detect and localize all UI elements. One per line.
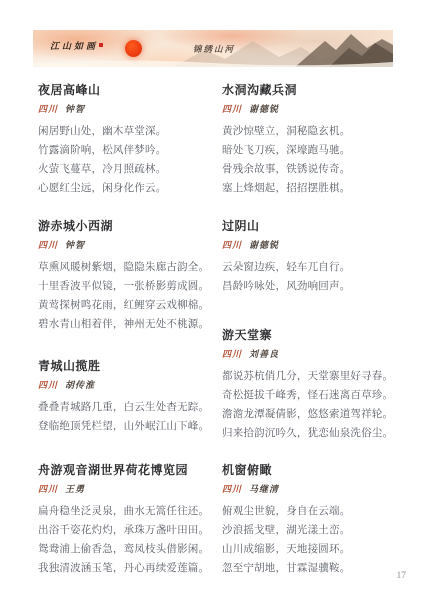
poem-line: 叠叠青城路几重，白云生处杳无踪。 [38, 398, 216, 417]
poem-region: 四川 [222, 484, 242, 494]
poem-author: 刘善良 [249, 349, 279, 359]
poem-author-line: 四川王勇 [38, 482, 216, 496]
red-seal-icon [99, 43, 103, 47]
poem: 游赤城小西湖 四川钟智 草熏风暖树紫烟，隐隐朱廊古韵全。 十里香波平似镜，一张桥… [38, 218, 216, 334]
poem-line: 昌龄吟咏处，风劲响回声。 [222, 277, 406, 296]
page: 江山如画 锦绣山河 夜居高峰山 四川钟智 闲居野山处，幽木草堂深。 竹露滴阶响，… [0, 0, 426, 600]
poem-author-line: 四川谢德锐 [222, 102, 406, 116]
poem-author: 钟智 [65, 240, 85, 250]
poem-region: 四川 [38, 484, 58, 494]
poem-author: 钟智 [65, 104, 85, 114]
poem-region: 四川 [38, 104, 58, 114]
poem-title: 夜居高峰山 [38, 82, 216, 98]
poem: 夜居高峰山 四川钟智 闲居野山处，幽木草堂深。 竹露滴阶响，松风伴梦吟。 火萤飞… [38, 82, 216, 198]
poem-title: 过阴山 [222, 218, 406, 234]
poem-line: 骨残余故事，铁锈说传奇。 [222, 160, 406, 179]
red-sun-icon [125, 40, 142, 57]
poem-title: 水洞沟藏兵洞 [222, 82, 406, 98]
poem-line: 心愿红尘远，闲身化作云。 [38, 179, 216, 198]
poem-line: 塞上烽烟起，招招摆胜棋。 [222, 179, 406, 198]
poem-line: 都说苏杭俏几分，天堂寨里好寻春。 [222, 367, 406, 386]
poem: 青城山揽胜 四川胡传淮 叠叠青城路几重，白云生处杳无踪。 登临绝顶凭栏望，山外岷… [38, 358, 216, 436]
poem-line: 登临绝顶凭栏望，山外岷江山下峰。 [38, 417, 216, 436]
poem-line: 黄莺探树鸣花雨，红鲤穿云戏柳棉。 [38, 296, 216, 315]
poem-author: 谢德锐 [249, 104, 279, 114]
poem-line: 黄沙惊壁立，洞秘隐玄机。 [222, 122, 406, 141]
poem: 机窗俯瞰 四川马继清 俯观尘世貌，身自在云端。 沙浪摇戈壁，湖光漾土峦。 山川成… [222, 462, 406, 578]
poem-author: 马继清 [249, 484, 279, 494]
poem-line: 火萤飞蔓草，冷月照疏林。 [38, 160, 216, 179]
poem-column-left: 夜居高峰山 四川钟智 闲居野山处，幽木草堂深。 竹露滴阶响，松风伴梦吟。 火萤飞… [38, 82, 216, 578]
poem-title: 机窗俯瞰 [222, 462, 406, 478]
poem: 水洞沟藏兵洞 四川谢德锐 黄沙惊壁立，洞秘隐玄机。 暗处飞刀疾，深壕跑马驰。 骨… [222, 82, 406, 198]
poem-line: 山川成缩影，天地接圆环。 [222, 540, 406, 559]
poem-line: 俯观尘世貌，身自在云端。 [222, 502, 406, 521]
page-number: 17 [397, 571, 407, 581]
poem-line: 出浴千姿花灼灼，承珠万盏叶田田。 [38, 521, 216, 540]
poem: 过阴山 四川谢德锐 云朵窗边疾，轻车兀自行。 昌龄吟咏处，风劲响回声。 [222, 218, 406, 296]
poem-line: 碧水青山相着伴，神州无处不桃源。 [38, 315, 216, 334]
poem-title: 青城山揽胜 [38, 358, 216, 374]
poem-author-line: 四川胡传淮 [38, 378, 216, 392]
poem-line: 鸳鸯浦上偷香急，鸾凤枝头借影闲。 [38, 540, 216, 559]
header-banner: 江山如画 锦绣山河 [33, 30, 393, 67]
poem-column-right: 水洞沟藏兵洞 四川谢德锐 黄沙惊壁立，洞秘隐玄机。 暗处飞刀疾，深壕跑马驰。 骨… [222, 82, 406, 578]
poem-author-line: 四川谢德锐 [222, 238, 406, 252]
poem-line: 扁舟稳坐泛灵泉，曲水无篙任往还。 [38, 502, 216, 521]
poem-line: 我独清波涵玉笔，丹心再续爱莲篇。 [38, 559, 216, 578]
poem-line: 闲居野山处，幽木草堂深。 [38, 122, 216, 141]
banner-calligraphy-center: 锦绣山河 [193, 43, 235, 55]
poem-line: 竹露滴阶响，松风伴梦吟。 [38, 141, 216, 160]
poem-author: 王勇 [65, 484, 85, 494]
poem-region: 四川 [222, 349, 242, 359]
poem-title: 游赤城小西湖 [38, 218, 216, 234]
poem-title: 游天堂寨 [222, 327, 406, 343]
poem-region: 四川 [38, 380, 58, 390]
poem-author-line: 四川马继清 [222, 482, 406, 496]
poem-region: 四川 [222, 104, 242, 114]
poem-line: 云朵窗边疾，轻车兀自行。 [222, 258, 406, 277]
poem-line: 澹澹龙潭凝倩影，悠悠索道驾祥轮。 [222, 405, 406, 424]
poem: 游天堂寨 四川刘善良 都说苏杭俏几分，天堂寨里好寻春。 奇松挺拔千峰秀，怪石迷离… [222, 327, 406, 443]
poem-line: 草熏风暖树紫烟，隐隐朱廊古韵全。 [38, 258, 216, 277]
banner-calligraphy-left: 江山如画 [50, 39, 103, 52]
poem-line: 沙浪摇戈壁，湖光漾土峦。 [222, 521, 406, 540]
poem-region: 四川 [38, 240, 58, 250]
banner-calligraphy-left-text: 江山如画 [50, 41, 98, 51]
poem-line: 十里香波平似镜，一张桥影剪成圆。 [38, 277, 216, 296]
poem-region: 四川 [222, 240, 242, 250]
poem-line: 忽至宁胡地，甘霖湿骥鞍。 [222, 559, 406, 578]
poem-line: 奇松挺拔千峰秀，怪石迷离百草珍。 [222, 386, 406, 405]
poem: 舟游观音湖世界荷花博览园 四川王勇 扁舟稳坐泛灵泉，曲水无篙任往还。 出浴千姿花… [38, 462, 216, 578]
poem-line: 归来拾韵沉吟久，犹恋仙泉洗俗尘。 [222, 424, 406, 443]
poem-author: 谢德锐 [249, 240, 279, 250]
poem-author-line: 四川刘善良 [222, 347, 406, 361]
poem-line: 暗处飞刀疾，深壕跑马驰。 [222, 141, 406, 160]
poem-title: 舟游观音湖世界荷花博览园 [38, 462, 216, 478]
poem-author: 胡传淮 [65, 380, 95, 390]
poem-author-line: 四川钟智 [38, 238, 216, 252]
poem-author-line: 四川钟智 [38, 102, 216, 116]
